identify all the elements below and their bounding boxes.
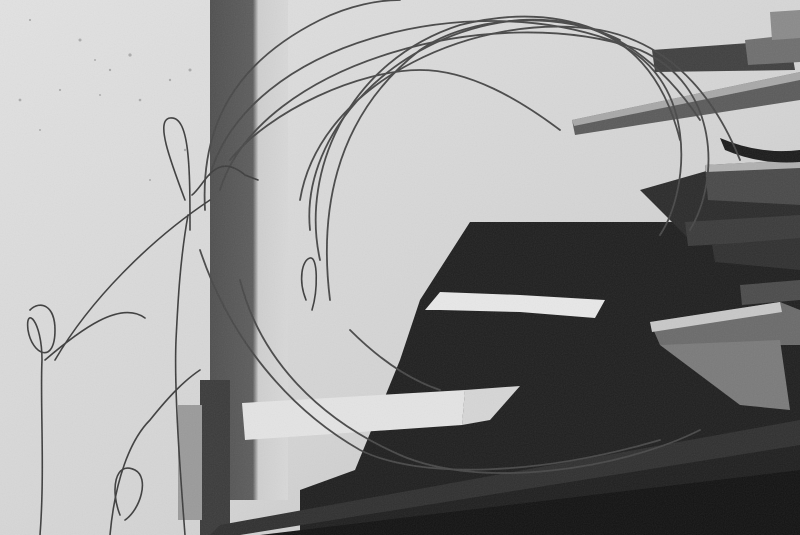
photograph	[0, 0, 800, 535]
film-grain	[0, 0, 800, 535]
